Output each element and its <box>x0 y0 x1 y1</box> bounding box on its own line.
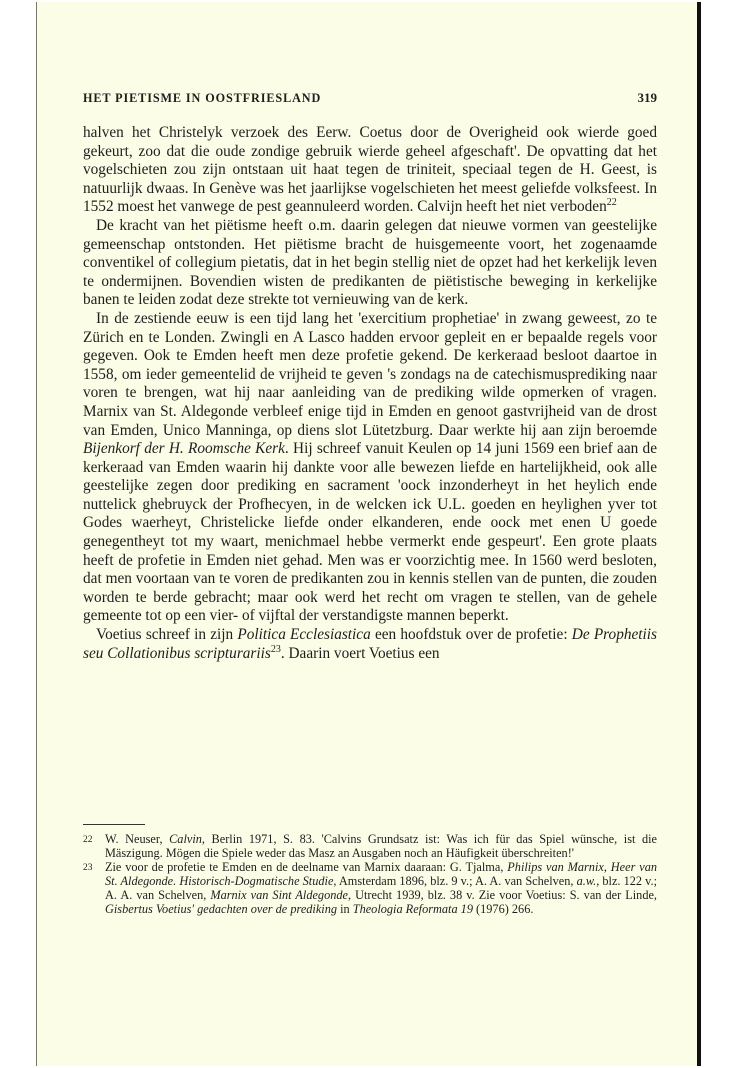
footnote-text: W. Neuser, Calvin, Berlin 1971, S. 83. '… <box>105 833 657 861</box>
footnote-reference[interactable]: 23 <box>271 644 281 655</box>
italic-title: Marnix van Sint Aldegonde <box>210 888 348 902</box>
text-run: . Daarin voert Voetius een <box>281 645 440 662</box>
text-run: W. Neuser, <box>105 832 169 846</box>
footnote-item: 22W. Neuser, Calvin, Berlin 1971, S. 83.… <box>83 833 657 861</box>
paragraph: Voetius schreef in zijn Politica Ecclesi… <box>83 626 657 663</box>
running-head-title: HET PIETISME IN OOSTFRIESLAND <box>83 91 321 106</box>
italic-title: Bijenkorf der H. Roomsche Kerk <box>83 440 285 457</box>
text-run: een hoofdstuk over de profetie: <box>371 626 572 643</box>
text-run: Voetius schreef in zijn <box>96 626 237 643</box>
text-run: halven het Christelyk verzoek des Eerw. … <box>83 124 657 215</box>
paragraph: De kracht van het piëtisme heeft o.m. da… <box>83 217 657 310</box>
footnote-number: 22 <box>83 833 105 861</box>
text-run: (1976) 266. <box>473 902 533 916</box>
footnote-reference[interactable]: 22 <box>607 197 617 208</box>
text-run: In de zestiende eeuw is een tijd lang he… <box>83 310 657 439</box>
text-run: in <box>337 902 353 916</box>
footnote-text: Zie voor de profetie te Emden en de deel… <box>105 861 657 917</box>
paragraph: halven het Christelyk verzoek des Eerw. … <box>83 124 657 217</box>
italic-title: Politica Ecclesiastica <box>237 626 370 643</box>
book-page: HET PIETISME IN OOSTFRIESLAND 319 halven… <box>36 2 698 1066</box>
text-run: , Amsterdam 1896, blz. 9 v.; A. A. van S… <box>333 874 576 888</box>
page-number: 319 <box>638 90 658 106</box>
running-header: HET PIETISME IN OOSTFRIESLAND 319 <box>83 90 657 112</box>
italic-title: Theologia Reformata 19 <box>353 902 473 916</box>
footnote-number: 23 <box>83 861 105 917</box>
footnote-list: 22W. Neuser, Calvin, Berlin 1971, S. 83.… <box>83 833 657 916</box>
italic-title: Calvin <box>169 832 202 846</box>
text-run: De kracht van het piëtisme heeft o.m. da… <box>83 217 657 308</box>
text-run: . Hij schreef vanuit Keulen op 14 juni 1… <box>83 440 657 624</box>
text-run: , Utrecht 1939, blz. 38 v. Zie voor Voet… <box>348 888 657 902</box>
text-run: Zie voor de profetie te Emden en de deel… <box>105 860 507 874</box>
footnote-item: 23Zie voor de profetie te Emden en de de… <box>83 861 657 917</box>
main-text-block: HET PIETISME IN OOSTFRIESLAND 319 halven… <box>83 90 657 663</box>
footnotes-section: 22W. Neuser, Calvin, Berlin 1971, S. 83.… <box>83 824 657 916</box>
body-text: halven het Christelyk verzoek des Eerw. … <box>83 124 657 663</box>
page-right-edge-shadow <box>697 2 701 1066</box>
italic-title: Gisbertus Voetius' gedachten over de pre… <box>105 902 337 916</box>
italic-title: a.w. <box>577 874 597 888</box>
footnote-separator-rule <box>83 824 145 825</box>
paragraph: In de zestiende eeuw is een tijd lang he… <box>83 310 657 626</box>
